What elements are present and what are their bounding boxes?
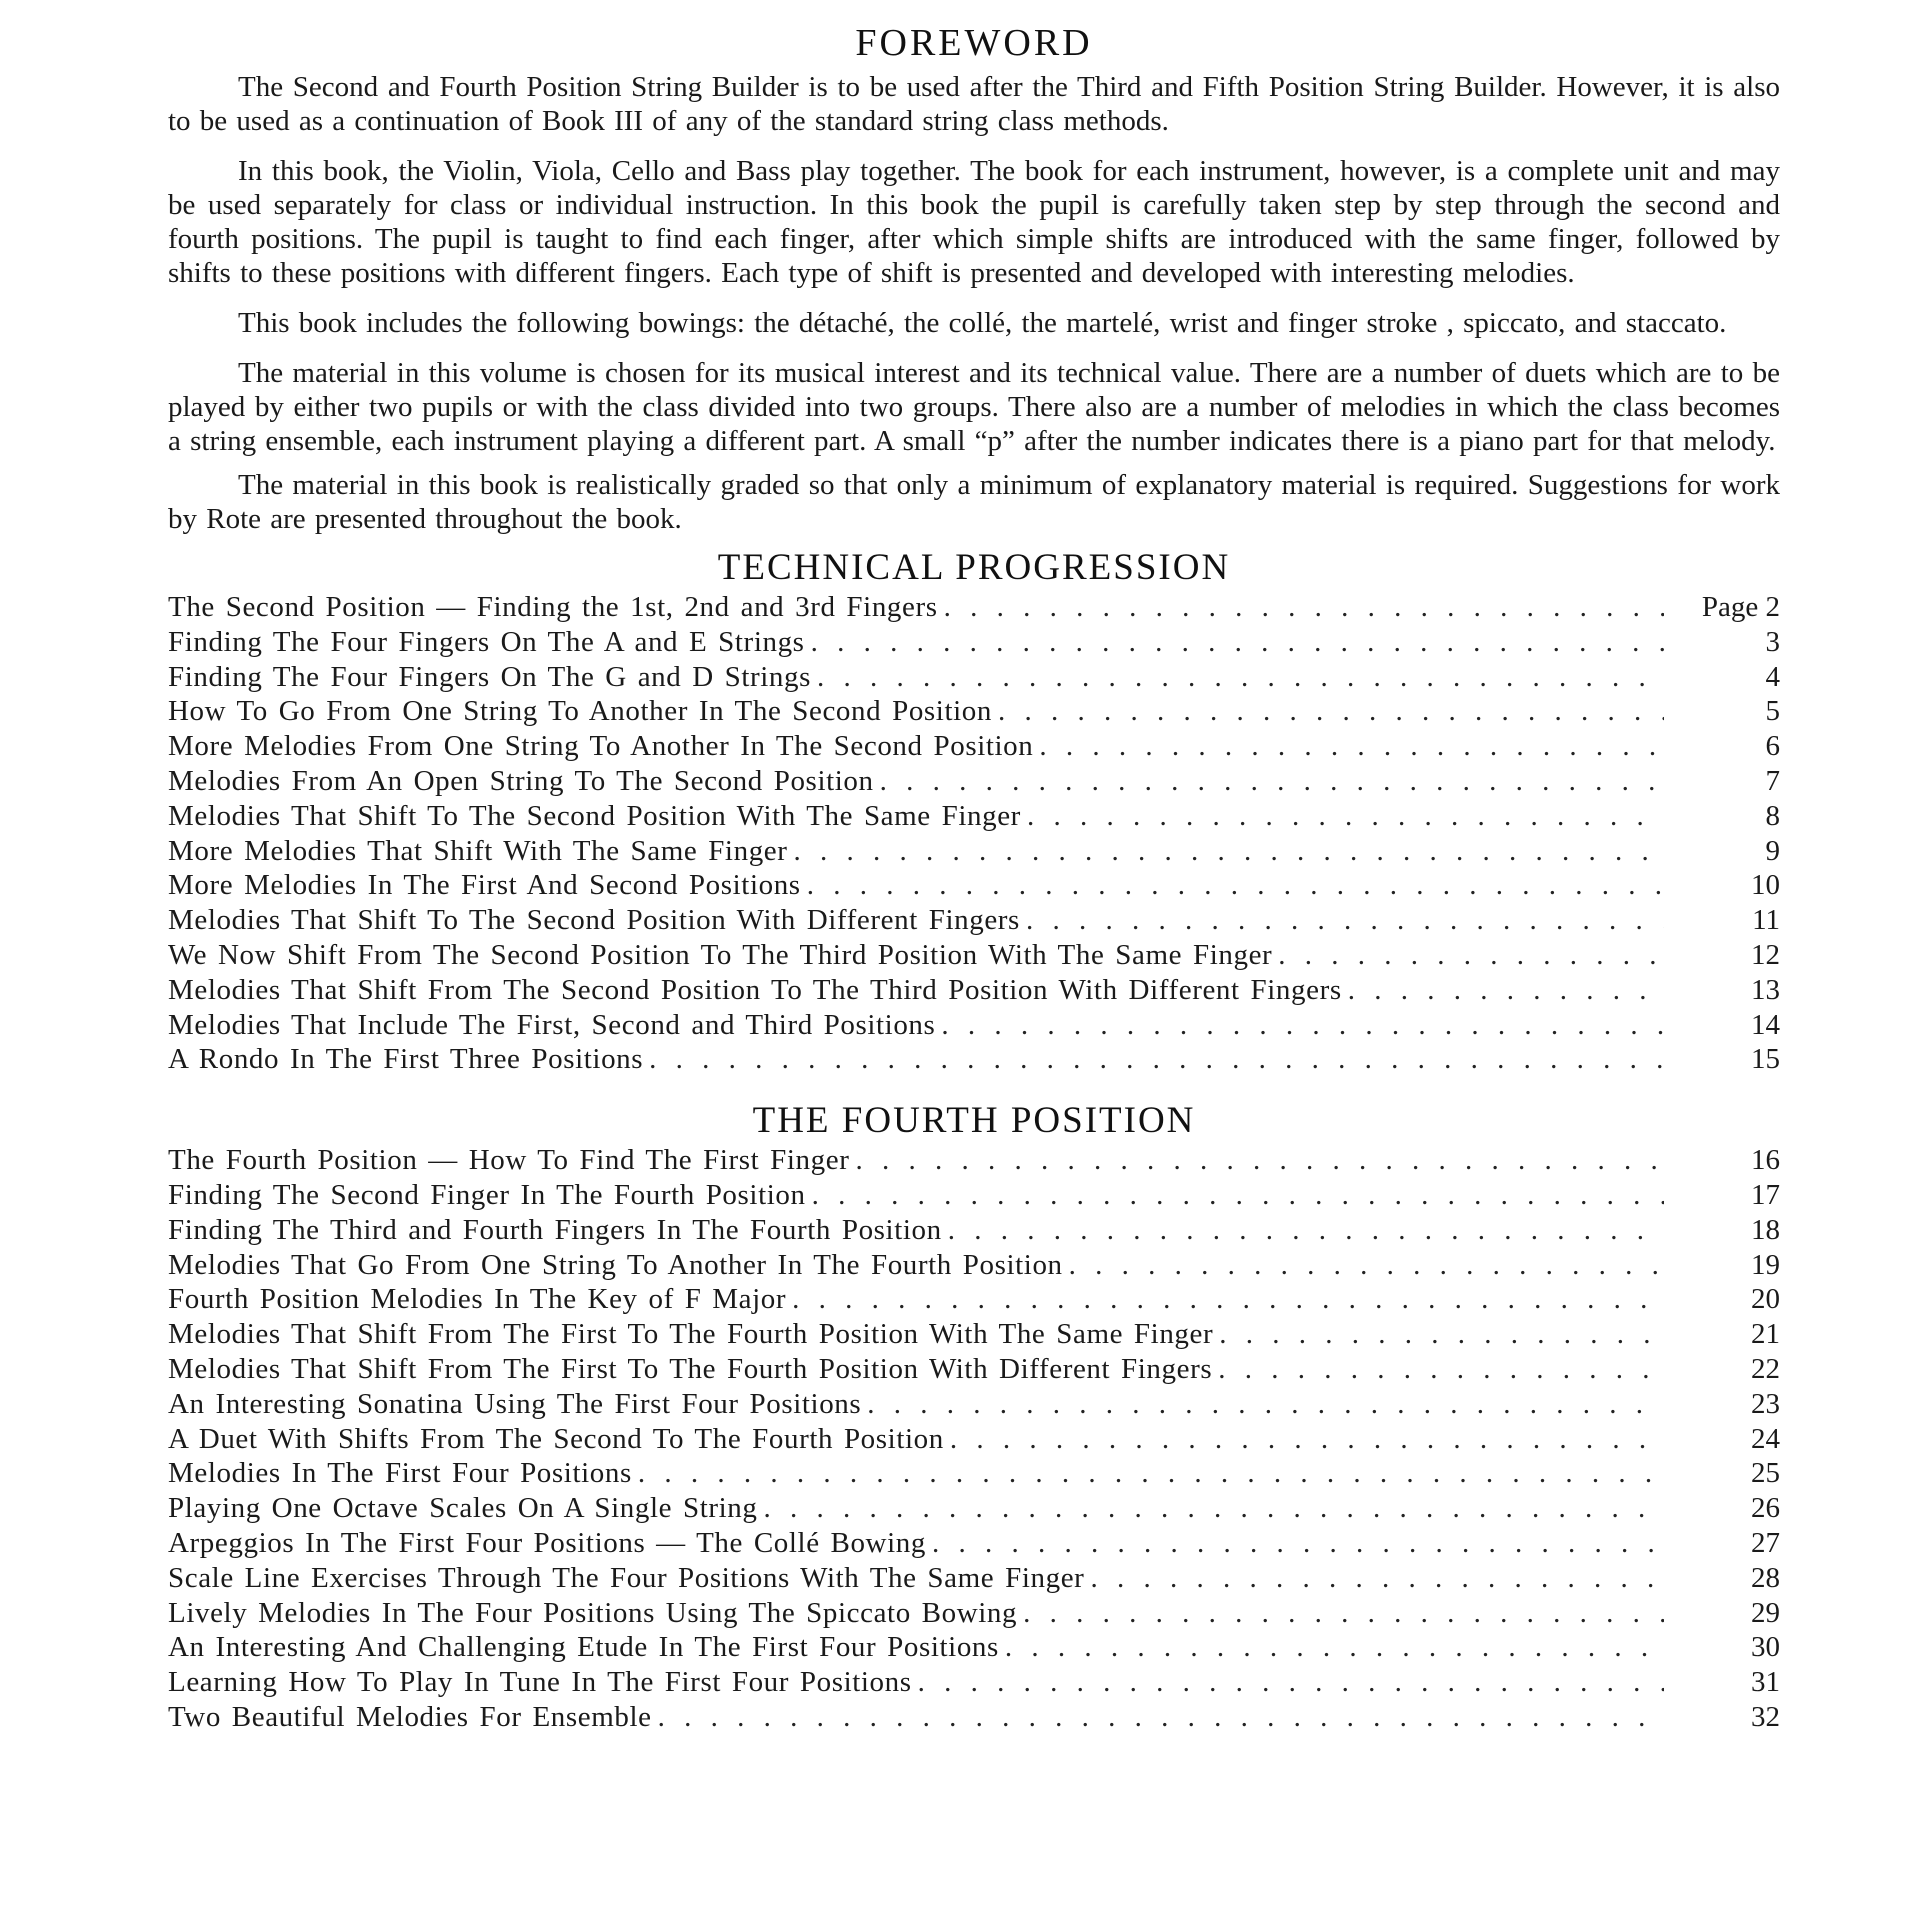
toc-entry: Melodies From An Open String To The Seco… [168, 764, 1780, 799]
toc-entry-title: Melodies That Go From One String To Anot… [168, 1248, 1063, 1283]
toc-entry-title: More Melodies From One String To Another… [168, 729, 1033, 764]
document-page: FOREWORD The Second and Fourth Position … [168, 20, 1780, 1735]
toc-entry-title: We Now Shift From The Second Position To… [168, 938, 1272, 973]
dot-leader [658, 1700, 1664, 1735]
toc-entry-title: A Rondo In The First Three Positions [168, 1042, 643, 1077]
toc-entry: Finding The Second Finger In The Fourth … [168, 1178, 1780, 1213]
toc-entry-title: A Duet With Shifts From The Second To Th… [168, 1422, 944, 1457]
dot-leader [807, 868, 1664, 903]
toc-entry: The Second Position — Finding the 1st, 2… [168, 590, 1780, 625]
dot-leader [1090, 1561, 1664, 1596]
toc-entry-page: 10 [1670, 868, 1780, 903]
foreword-body: The Second and Fourth Position String Bu… [168, 70, 1780, 536]
toc-entry-title: Finding The Second Finger In The Fourth … [168, 1178, 806, 1213]
toc-entry-page: 3 [1670, 625, 1780, 660]
toc-entry-title: More Melodies That Shift With The Same F… [168, 834, 788, 869]
fourth-position-toc: The Fourth Position — How To Find The Fi… [168, 1143, 1780, 1735]
toc-entry: Lively Melodies In The Four Positions Us… [168, 1596, 1780, 1631]
toc-entry: How To Go From One String To Another In … [168, 694, 1780, 729]
toc-entry-title: The Second Position — Finding the 1st, 2… [168, 590, 938, 625]
toc-entry-page: 31 [1670, 1665, 1780, 1700]
toc-entry-title: An Interesting Sonatina Using The First … [168, 1387, 861, 1422]
dot-leader [1027, 799, 1664, 834]
toc-entry-page: 28 [1670, 1561, 1780, 1596]
dot-leader [649, 1042, 1664, 1077]
toc-entry-page: 12 [1670, 938, 1780, 973]
toc-entry: An Interesting And Challenging Etude In … [168, 1630, 1780, 1665]
toc-entry: Scale Line Exercises Through The Four Po… [168, 1561, 1780, 1596]
dot-leader [1023, 1596, 1664, 1631]
toc-entry-title: Melodies That Shift To The Second Positi… [168, 903, 1020, 938]
toc-entry: Playing One Octave Scales On A Single St… [168, 1491, 1780, 1526]
toc-entry-page: 25 [1670, 1456, 1780, 1491]
toc-entry-page: 7 [1670, 764, 1780, 799]
dot-leader [1026, 903, 1664, 938]
dot-leader [1348, 973, 1664, 1008]
dot-leader [817, 660, 1664, 695]
toc-entry: More Melodies From One String To Another… [168, 729, 1780, 764]
toc-entry-page: 8 [1670, 799, 1780, 834]
toc-entry-page: 15 [1670, 1042, 1780, 1077]
toc-entry-title: Two Beautiful Melodies For Ensemble [168, 1700, 652, 1735]
toc-entry: Melodies That Shift From The First To Th… [168, 1317, 1780, 1352]
toc-entry: A Rondo In The First Three Positions15 [168, 1042, 1780, 1077]
dot-leader [1039, 729, 1664, 764]
toc-entry: An Interesting Sonatina Using The First … [168, 1387, 1780, 1422]
toc-entry-title: The Fourth Position — How To Find The Fi… [168, 1143, 849, 1178]
toc-entry: Melodies That Shift From The First To Th… [168, 1352, 1780, 1387]
foreword-paragraph: The material in this volume is chosen fo… [168, 356, 1780, 458]
toc-entry-page: 13 [1670, 973, 1780, 1008]
toc-entry-page: 27 [1670, 1526, 1780, 1561]
toc-entry-title: More Melodies In The First And Second Po… [168, 868, 801, 903]
dot-leader [880, 764, 1664, 799]
toc-entry-title: Melodies That Include The First, Second … [168, 1008, 935, 1043]
toc-entry: More Melodies That Shift With The Same F… [168, 834, 1780, 869]
toc-entry-title: Finding The Four Fingers On The A and E … [168, 625, 805, 660]
toc-entry-title: Learning How To Play In Tune In The Firs… [168, 1665, 912, 1700]
technical-progression-heading: TECHNICAL PROGRESSION [168, 546, 1780, 590]
toc-entry-title: Melodies That Shift To The Second Positi… [168, 799, 1021, 834]
dot-leader [855, 1143, 1664, 1178]
toc-entry: Melodies In The First Four Positions25 [168, 1456, 1780, 1491]
dot-leader [867, 1387, 1664, 1422]
toc-entry: We Now Shift From The Second Position To… [168, 938, 1780, 973]
dot-leader [763, 1491, 1664, 1526]
dot-leader [948, 1213, 1664, 1248]
toc-entry-page: 11 [1670, 903, 1780, 938]
dot-leader [794, 834, 1664, 869]
foreword-heading: FOREWORD [168, 20, 1780, 66]
toc-entry-page: 5 [1670, 694, 1780, 729]
toc-entry: A Duet With Shifts From The Second To Th… [168, 1422, 1780, 1457]
toc-entry-page: 21 [1670, 1317, 1780, 1352]
toc-entry-title: Arpeggios In The First Four Positions — … [168, 1526, 926, 1561]
toc-entry-page: 19 [1670, 1248, 1780, 1283]
toc-entry-page: 23 [1670, 1387, 1780, 1422]
toc-entry-page: 26 [1670, 1491, 1780, 1526]
toc-entry: Melodies That Shift To The Second Positi… [168, 799, 1780, 834]
toc-entry: The Fourth Position — How To Find The Fi… [168, 1143, 1780, 1178]
toc-entry-title: How To Go From One String To Another In … [168, 694, 992, 729]
foreword-paragraph: This book includes the following bowings… [168, 306, 1780, 340]
foreword-paragraph: The Second and Fourth Position String Bu… [168, 70, 1780, 138]
toc-entry-title: Melodies That Shift From The First To Th… [168, 1317, 1213, 1352]
dot-leader [812, 1178, 1664, 1213]
dot-leader [638, 1456, 1664, 1491]
toc-entry: Melodies That Shift To The Second Positi… [168, 903, 1780, 938]
toc-entry-page: Page 2 [1670, 590, 1780, 625]
toc-entry: Finding The Four Fingers On The A and E … [168, 625, 1780, 660]
toc-entry: Arpeggios In The First Four Positions — … [168, 1526, 1780, 1561]
dot-leader [1069, 1248, 1664, 1283]
toc-entry-page: 30 [1670, 1630, 1780, 1665]
toc-entry-title: Melodies From An Open String To The Seco… [168, 764, 874, 799]
toc-entry: Finding The Four Fingers On The G and D … [168, 660, 1780, 695]
dot-leader [932, 1526, 1664, 1561]
toc-entry-title: Melodies That Shift From The First To Th… [168, 1352, 1212, 1387]
technical-progression-toc: The Second Position — Finding the 1st, 2… [168, 590, 1780, 1077]
dot-leader [1218, 1352, 1664, 1387]
toc-entry-title: Melodies That Shift From The Second Posi… [168, 973, 1342, 1008]
fourth-position-heading: THE FOURTH POSITION [168, 1099, 1780, 1143]
toc-entry-title: Lively Melodies In The Four Positions Us… [168, 1596, 1017, 1631]
toc-entry: Finding The Third and Fourth Fingers In … [168, 1213, 1780, 1248]
dot-leader [998, 694, 1664, 729]
toc-entry: Melodies That Shift From The Second Posi… [168, 973, 1780, 1008]
dot-leader [811, 625, 1664, 660]
toc-entry-page: 18 [1670, 1213, 1780, 1248]
toc-entry-page: 20 [1670, 1282, 1780, 1317]
foreword-paragraph: The material in this book is realistical… [168, 468, 1780, 536]
toc-entry: More Melodies In The First And Second Po… [168, 868, 1780, 903]
dot-leader [792, 1282, 1664, 1317]
dot-leader [944, 590, 1664, 625]
toc-entry: Melodies That Go From One String To Anot… [168, 1248, 1780, 1283]
toc-entry-page: 4 [1670, 660, 1780, 695]
dot-leader [950, 1422, 1664, 1457]
foreword-paragraph: In this book, the Violin, Viola, Cello a… [168, 154, 1780, 290]
toc-entry-title: An Interesting And Challenging Etude In … [168, 1630, 999, 1665]
toc-entry-page: 22 [1670, 1352, 1780, 1387]
toc-entry-page: 16 [1670, 1143, 1780, 1178]
toc-entry-page: 6 [1670, 729, 1780, 764]
toc-entry-page: 14 [1670, 1008, 1780, 1043]
dot-leader [1278, 938, 1664, 973]
toc-entry: Two Beautiful Melodies For Ensemble32 [168, 1700, 1780, 1735]
dot-leader [941, 1008, 1664, 1043]
toc-entry-title: Playing One Octave Scales On A Single St… [168, 1491, 757, 1526]
toc-entry-title: Scale Line Exercises Through The Four Po… [168, 1561, 1084, 1596]
toc-entry-title: Melodies In The First Four Positions [168, 1456, 632, 1491]
toc-entry-page: 24 [1670, 1422, 1780, 1457]
toc-entry-page: 32 [1670, 1700, 1780, 1735]
dot-leader [918, 1665, 1664, 1700]
toc-entry-title: Fourth Position Melodies In The Key of F… [168, 1282, 786, 1317]
toc-entry: Fourth Position Melodies In The Key of F… [168, 1282, 1780, 1317]
toc-entry-title: Finding The Four Fingers On The G and D … [168, 660, 811, 695]
toc-entry-page: 17 [1670, 1178, 1780, 1213]
toc-entry: Learning How To Play In Tune In The Firs… [168, 1665, 1780, 1700]
toc-entry-page: 9 [1670, 834, 1780, 869]
dot-leader [1005, 1630, 1664, 1665]
toc-entry-page: 29 [1670, 1596, 1780, 1631]
toc-entry-title: Finding The Third and Fourth Fingers In … [168, 1213, 942, 1248]
toc-entry: Melodies That Include The First, Second … [168, 1008, 1780, 1043]
dot-leader [1219, 1317, 1664, 1352]
